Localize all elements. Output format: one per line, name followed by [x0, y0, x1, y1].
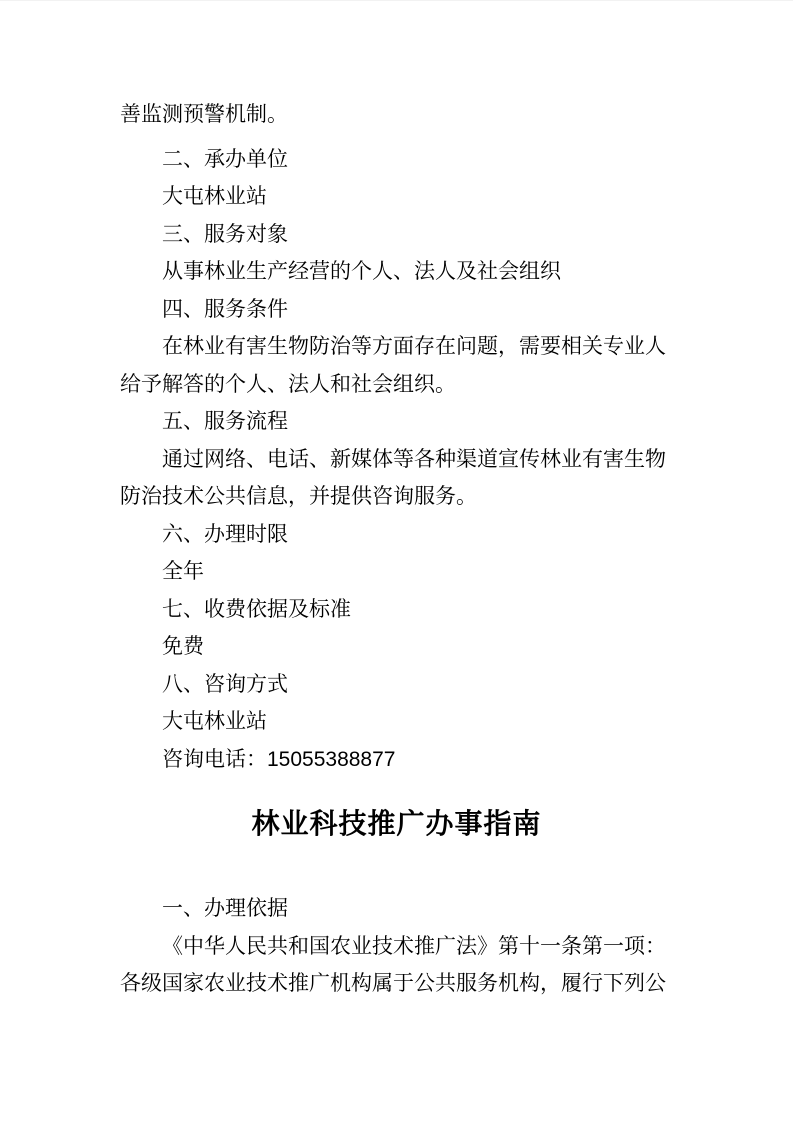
- service-process-text-line1: 通过网络、电话、新媒体等各种渠道宣传林业有害生物: [120, 441, 673, 479]
- service-process-text-line2: 防治技术公共信息，并提供咨询服务。: [120, 478, 673, 516]
- section-heading-processing-time: 六、办理时限: [120, 516, 673, 554]
- service-conditions-text-line1: 在林业有害生物防治等方面存在问题，需要相关专业人: [120, 328, 673, 366]
- service-conditions-text-line2: 给予解答的个人、法人和社会组织。: [120, 366, 673, 404]
- contact-phone-line: 咨询电话：15055388877: [120, 741, 673, 779]
- section-heading-fee-basis: 七、收费依据及标准: [120, 591, 673, 629]
- legal-basis-text-line1: 《中华人民共和国农业技术推广法》第十一条第一项：: [120, 928, 673, 966]
- document-title: 林业科技推广办事指南: [120, 796, 673, 852]
- document-content: 善监测预警机制。 二、承办单位 大屯林业站 三、服务对象 从事林业生产经营的个人…: [0, 1, 793, 1023]
- section-heading-undertaking-unit: 二、承办单位: [120, 141, 673, 179]
- contact-unit-value: 大屯林业站: [120, 703, 673, 741]
- undertaking-unit-value: 大屯林业站: [120, 178, 673, 216]
- section-heading-legal-basis: 一、办理依据: [120, 890, 673, 928]
- fee-value: 免费: [120, 628, 673, 666]
- page-continuation-text: 善监测预警机制。: [120, 96, 673, 134]
- section-heading-service-conditions: 四、服务条件: [120, 291, 673, 329]
- document-page: 善监测预警机制。 二、承办单位 大屯林业站 三、服务对象 从事林业生产经营的个人…: [0, 0, 793, 1122]
- section-heading-contact-method: 八、咨询方式: [120, 666, 673, 704]
- service-target-value: 从事林业生产经营的个人、法人及社会组织: [120, 253, 673, 291]
- processing-time-value: 全年: [120, 553, 673, 591]
- legal-basis-text-line2: 各级国家农业技术推广机构属于公共服务机构，履行下列公: [120, 965, 673, 1003]
- section-heading-service-target: 三、服务对象: [120, 216, 673, 254]
- section-heading-service-process: 五、服务流程: [120, 403, 673, 441]
